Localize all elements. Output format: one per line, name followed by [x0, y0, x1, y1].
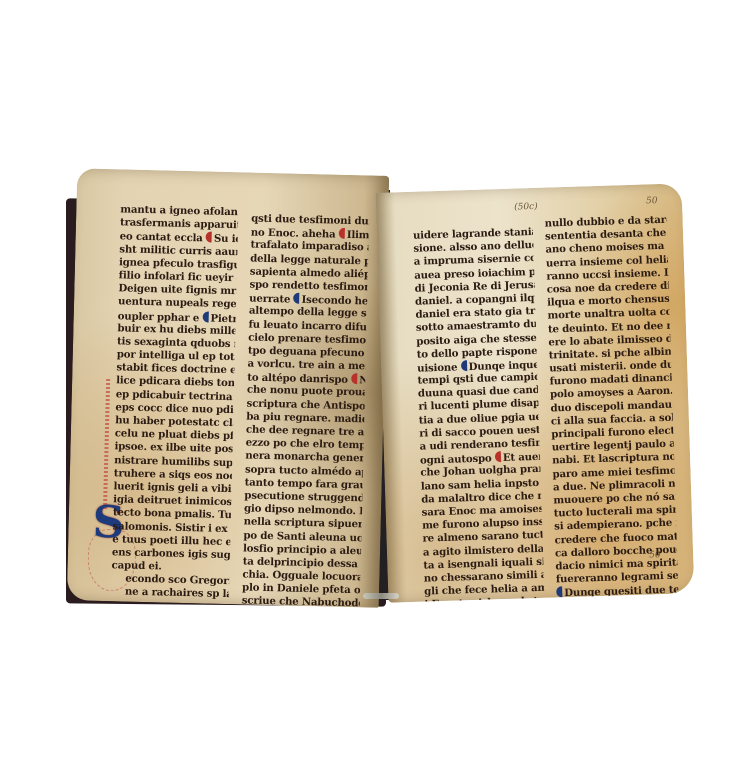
paragraph-mark-blue-icon: [293, 293, 299, 304]
left-page-column-b: qsti due tesfimoni dunn so no Enoc. aheh…: [242, 213, 370, 608]
right-page-column-b: nullo dubbio e da stare alla sententia d…: [544, 214, 678, 603]
paragraph-mark-red-icon: [495, 451, 501, 462]
paragraph-mark-red-icon: [206, 232, 212, 243]
paragraph-mark-blue-icon: [556, 586, 562, 597]
paragraph-mark-red-icon: [339, 228, 345, 239]
initial-flourish-vertical: [103, 379, 110, 509]
right-page-column-a: uidere lagrande stania um sione. alsso a…: [413, 226, 545, 603]
left-page: S mantu a igneo afolan fic trasfermanis …: [67, 168, 389, 607]
metal-clasp: [363, 593, 399, 599]
folio-number-top: 50: [646, 196, 658, 206]
text-line: Dunqe quesiti due tesfimo: [556, 583, 678, 600]
right-page: (50c) 50 50 uidere lagrande stania um si…: [376, 183, 695, 602]
text-line: ne a rachaires sp la vstona: [111, 586, 229, 602]
left-page-column-a: mantu a igneo afolan fic trasfermanis ap…: [111, 203, 239, 601]
text-line: scriue che Nabuchodonosor: [242, 595, 360, 608]
paragraph-mark-red-icon: [351, 373, 357, 384]
folio-number-pencil: (50c): [514, 202, 538, 213]
photo-stage: S mantu a igneo afolan fic trasfermanis …: [0, 0, 750, 780]
paragraph-mark-blue-icon: [202, 311, 208, 322]
text-line: ni diuinare sarano laystoria: [557, 596, 679, 603]
paragraph-mark-blue-icon: [460, 360, 466, 371]
